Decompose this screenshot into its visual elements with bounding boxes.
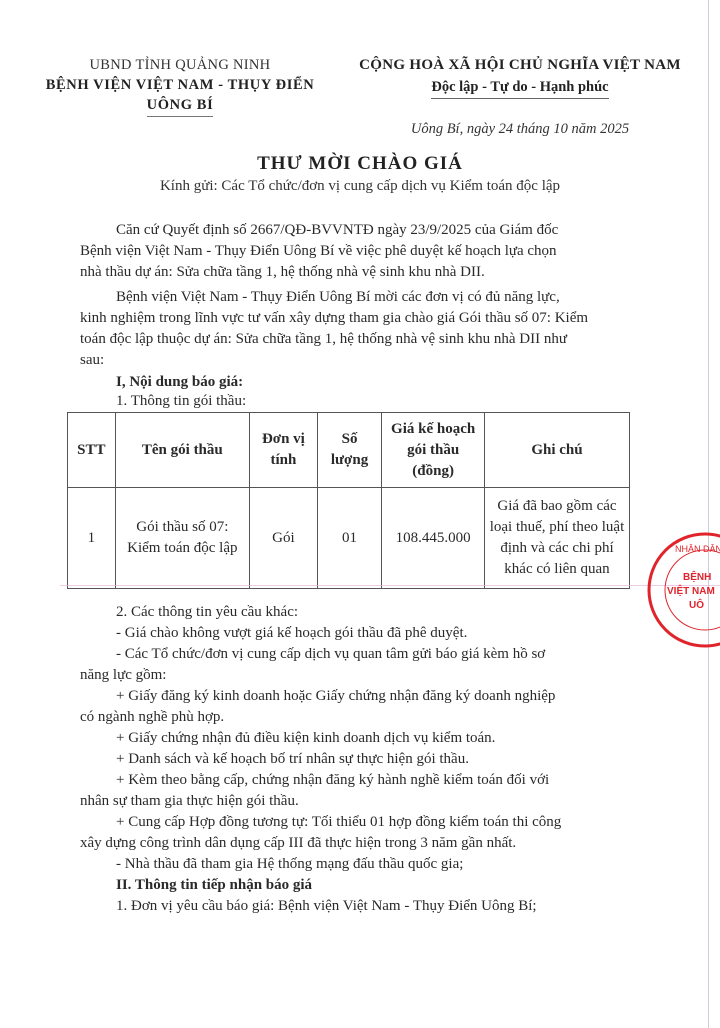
invite-line: kinh nghiệm trong lĩnh vực tư vấn xây dự…	[80, 308, 680, 329]
stamp-text-line3: UÔ	[689, 598, 704, 611]
requirements-block: 2. Các thông tin yêu cầu khác: - Giá chà…	[80, 602, 680, 917]
requirements-list: - Giá chào không vượt giá kế hoạch gói t…	[80, 623, 680, 875]
section1-heading: I, Nội dung báo giá:	[116, 372, 716, 393]
table-row: 1 Gói thầu số 07: Kiểm toán độc lập Gói …	[68, 488, 630, 589]
cell-stt: 1	[68, 488, 116, 589]
header-quantity: Số lượng	[317, 413, 382, 488]
header-notes: Ghi chú	[484, 413, 629, 488]
hospital-name-line2: UÔNG BÍ	[0, 97, 360, 117]
header-package-name: Tên gói thầu	[115, 413, 249, 488]
national-motto-text: Độc lập - Tự do - Hạnh phúc	[431, 79, 608, 99]
invitation-paragraph: Bệnh viện Việt Nam - Thụy Điển Uông Bí m…	[80, 287, 680, 371]
section1-sub2: 2. Các thông tin yêu cầu khác:	[80, 602, 680, 623]
scan-artifact-line	[60, 585, 720, 586]
cell-planned-price: 108.445.000	[382, 488, 485, 589]
invite-line: Bệnh viện Việt Nam - Thụy Điển Uông Bí m…	[80, 287, 680, 308]
cell-quantity: 01	[317, 488, 382, 589]
requirement-item: + Danh sách và kế hoạch bố trí nhân sự t…	[80, 749, 680, 770]
requirement-item: - Nhà thầu đã tham gia Hệ thống mạng đấu…	[80, 854, 680, 875]
header-planned-price: Giá kế hoạch gói thầu (đồng)	[382, 413, 485, 488]
intro-line: Bệnh viện Việt Nam - Thụy Điển Uông Bí v…	[80, 241, 680, 262]
greeting-line: Kính gửi: Các Tổ chức/đơn vị cung cấp dị…	[0, 178, 720, 195]
intro-paragraph: Căn cứ Quyết định số 2667/QĐ-BVVNTĐ ngày…	[80, 220, 680, 283]
section1-subheading: 1. Thông tin gói thầu:	[116, 391, 716, 412]
hospital-name-line1: BỆNH VIỆN VIỆT NAM - THỤY ĐIỂN	[0, 77, 360, 94]
requirement-item: + Giấy đăng ký kinh doanh hoặc Giấy chứn…	[80, 686, 680, 707]
requirement-item: + Giấy chứng nhận đủ điều kiện kinh doan…	[80, 728, 680, 749]
requirement-item: + Kèm theo bằng cấp, chứng nhận đăng ký …	[80, 770, 680, 791]
intro-line: nhà thầu dự án: Sửa chữa tầng 1, hệ thốn…	[80, 262, 680, 283]
stamp-text-line1: BỆNH	[683, 570, 711, 583]
cell-unit: Gói	[250, 488, 318, 589]
intro-line: Căn cứ Quyết định số 2667/QĐ-BVVNTĐ ngày…	[80, 220, 680, 241]
requirement-item-continuation: nhân sự tham gia thực hiện gói thầu.	[80, 791, 680, 812]
national-title: CỘNG HOÀ XÃ HỘI CHỦ NGHĨA VIỆT NAM	[320, 57, 720, 74]
section2-heading: II. Thông tin tiếp nhận báo giá	[80, 875, 680, 896]
authority-name: UBND TỈNH QUẢNG NINH	[0, 57, 360, 74]
requirement-item-continuation: xây dựng công trình dân dụng cấp III đã …	[80, 833, 680, 854]
requirement-item-continuation: năng lực gồm:	[80, 665, 680, 686]
document-title: THƯ MỜI CHÀO GIÁ	[0, 153, 720, 175]
hospital-name-line2-text: UÔNG BÍ	[147, 97, 214, 117]
invite-line: toán độc lập thuộc dự án: Sửa chữa tầng …	[80, 329, 680, 350]
stamp-text-top: NHÂN DÂN	[675, 544, 720, 554]
invite-line: sau:	[80, 350, 680, 371]
cell-notes: Giá đã bao gồm các loại thuế, phí theo l…	[484, 488, 629, 589]
national-motto: Độc lập - Tự do - Hạnh phúc	[320, 79, 720, 99]
header-unit: Đơn vị tính	[250, 413, 318, 488]
requirement-item-continuation: có ngành nghề phù hợp.	[80, 707, 680, 728]
requirement-item: - Giá chào không vượt giá kế hoạch gói t…	[80, 623, 680, 644]
bid-package-table: STT Tên gói thầu Đơn vị tính Số lượng Gi…	[67, 412, 630, 589]
document-date: Uông Bí, ngày 24 tháng 10 năm 2025	[320, 121, 720, 138]
requirement-item: - Các Tổ chức/đơn vị cung cấp dịch vụ qu…	[80, 644, 680, 665]
requirement-item: + Cung cấp Hợp đồng tương tự: Tối thiểu …	[80, 812, 680, 833]
section2-item1: 1. Đơn vị yêu cầu báo giá: Bệnh viện Việ…	[80, 896, 680, 917]
table-header-row: STT Tên gói thầu Đơn vị tính Số lượng Gi…	[68, 413, 630, 488]
cell-package-name: Gói thầu số 07: Kiểm toán độc lập	[115, 488, 249, 589]
header-stt: STT	[68, 413, 116, 488]
stamp-text-line2: VIỆT NAM	[667, 584, 715, 597]
